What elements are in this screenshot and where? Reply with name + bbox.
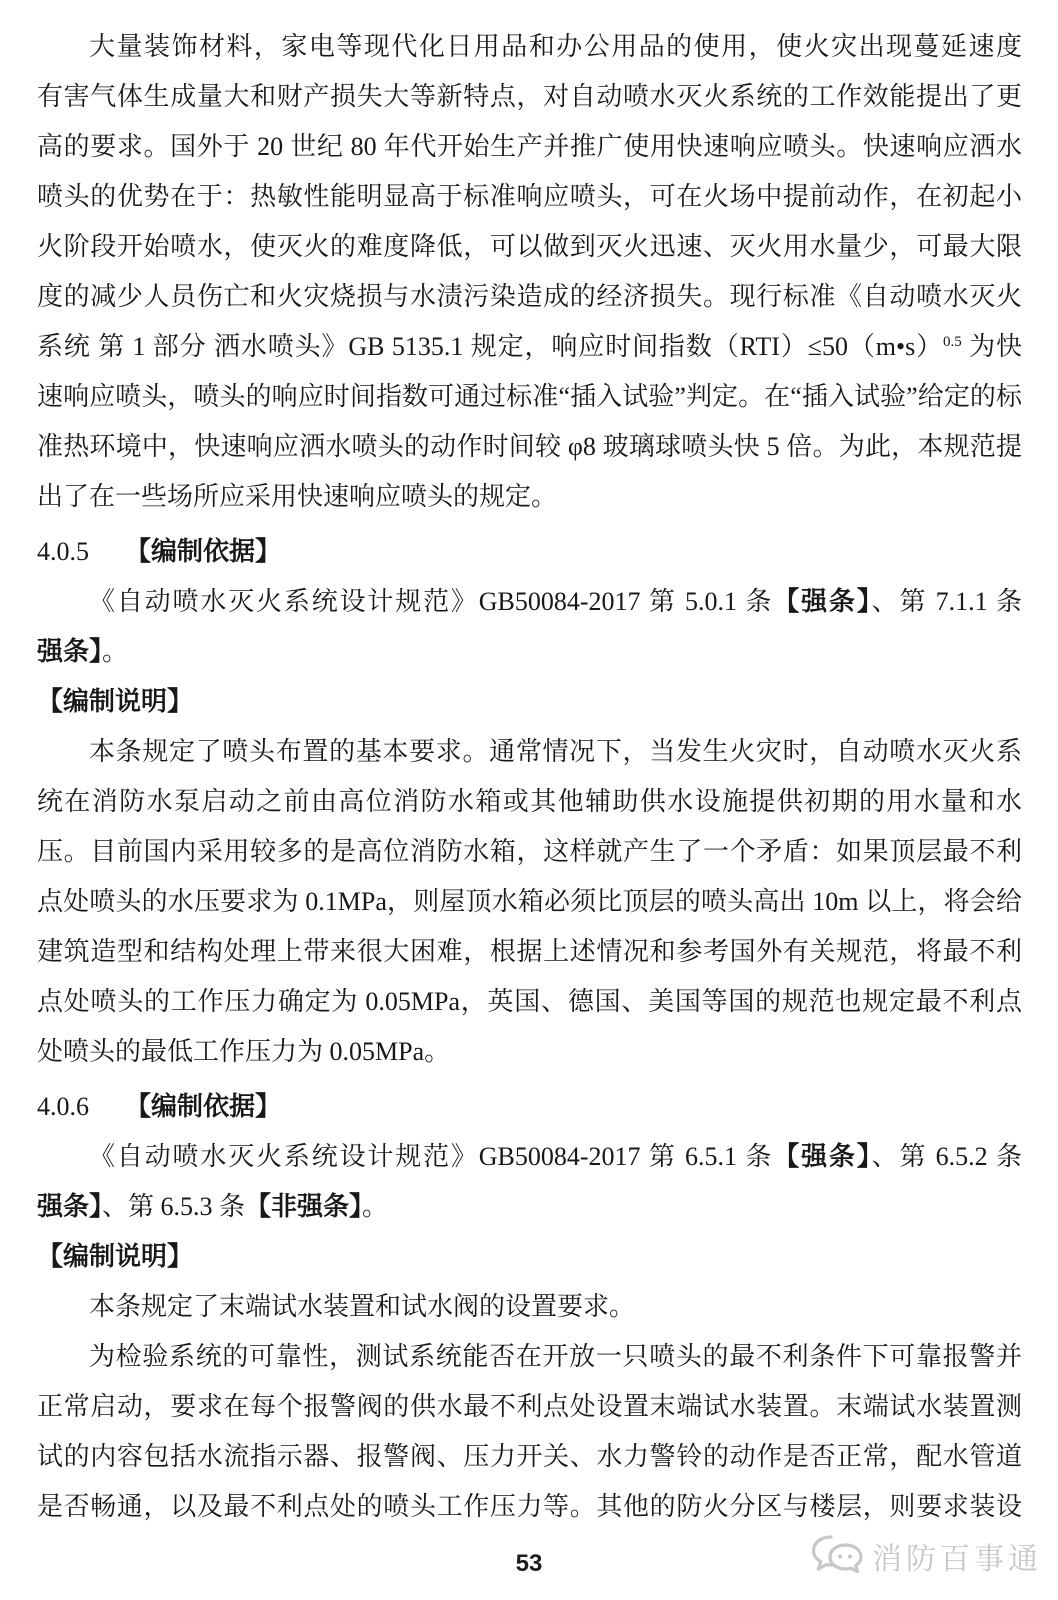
text-line: 强条】。: [37, 627, 1022, 677]
text-line: 试的内容包括水流指示器、报警阀、压力开关、水力警铃的动作是否正常，配水管道: [37, 1432, 1022, 1482]
text-line: 点处喷头的水压要求为 0.1MPa，则屋顶水箱必须比顶层的喷头高出 10m 以上…: [37, 877, 1022, 927]
text-line: 准热环境中，快速响应洒水喷头的动作时间较 φ8 玻璃球喷头快 5 倍。为此，本规…: [37, 422, 1022, 472]
text-line: 点处喷头的工作压力确定为 0.05MPa，英国、德国、美国等国的规范也规定最不利…: [37, 977, 1022, 1027]
text-line: 强条】、第 6.5.3 条【非强条】。: [37, 1182, 1022, 1232]
text-line: 有害气体生成量大和财产损失大等新特点，对自动喷水灭火系统的工作效能提出了更: [37, 72, 1022, 122]
text-line: 建筑造型和结构处理上带来很大困难，根据上述情况和参考国外有关规范，将最不利: [37, 927, 1022, 977]
text-line: 《自动喷水灭火系统设计规范》GB50084-2017 第 5.0.1 条【强条】…: [37, 577, 1022, 627]
text-line: 处喷头的最低工作压力为 0.05MPa。: [37, 1027, 1022, 1077]
text-line: 出了在一些场所应采用快速响应喷头的规定。: [37, 472, 1022, 522]
text-line: 【编制说明】: [37, 1232, 1022, 1282]
page-number: 53: [0, 1550, 1058, 1578]
document-body: 大量装饰材料，家电等现代化日用品和办公用品的使用，使火灾出现蔓延速度快、有害气体…: [37, 22, 1022, 1532]
text-line: 统在消防水泵启动之前由高位消防水箱或其他辅助供水设施提供初期的用水量和水: [37, 777, 1022, 827]
section-heading: 4.0.5【编制依据】: [37, 527, 1022, 577]
text-line: 火阶段开始喷水，使灭火的难度降低，可以做到灭火迅速、灭火用水量少，可最大限: [37, 222, 1022, 272]
text-line: 是否畅通，以及最不利点处的喷头工作压力等。其他的防火分区与楼层，则要求装设: [37, 1482, 1022, 1532]
document-page: 大量装饰材料，家电等现代化日用品和办公用品的使用，使火灾出现蔓延速度快、有害气体…: [0, 0, 1058, 1600]
section-heading: 4.0.6【编制依据】: [37, 1082, 1022, 1132]
text-line: 《自动喷水灭火系统设计规范》GB50084-2017 第 6.5.1 条【强条】…: [37, 1132, 1022, 1182]
text-line: 大量装饰材料，家电等现代化日用品和办公用品的使用，使火灾出现蔓延速度快、: [37, 22, 1022, 72]
text-line: 速响应喷头，喷头的响应时间指数可通过标准“插入试验”判定。在“插入试验”给定的标: [37, 372, 1022, 422]
text-line: 压。目前国内采用较多的是高位消防水箱，这样就产生了一个矛盾：如果顶层最不利: [37, 827, 1022, 877]
text-line: 本条规定了末端试水装置和试水阀的设置要求。: [37, 1282, 1022, 1332]
text-line: 为检验系统的可靠性，测试系统能否在开放一只喷头的最不利条件下可靠报警并: [37, 1332, 1022, 1382]
text-line: 正常启动，要求在每个报警阀的供水最不利点处设置末端试水装置。末端试水装置测: [37, 1382, 1022, 1432]
text-line: 度的减少人员伤亡和火灾烧损与水渍污染造成的经济损失。现行标准《自动喷水灭火: [37, 272, 1022, 322]
text-line: 高的要求。国外于 20 世纪 80 年代开始生产并推广使用快速响应喷头。快速响应…: [37, 122, 1022, 172]
text-line: 本条规定了喷头布置的基本要求。通常情况下，当发生火灾时，自动喷水灭火系: [37, 727, 1022, 777]
text-line: 系统 第 1 部分 洒水喷头》GB 5135.1 规定，响应时间指数（RTI）≤…: [37, 322, 1022, 372]
text-line: 【编制说明】: [37, 677, 1022, 727]
text-line: 喷头的优势在于：热敏性能明显高于标准响应喷头，可在火场中提前动作，在初起小: [37, 172, 1022, 222]
